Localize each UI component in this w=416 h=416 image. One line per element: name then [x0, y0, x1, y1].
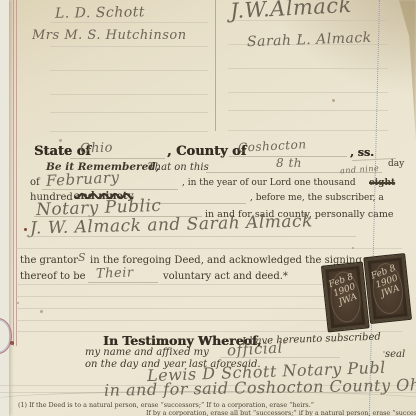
revenue-stamp-right: Feb 8 1900 JWA: [363, 253, 412, 324]
grantor-pre: the grantor: [20, 255, 78, 266]
voluntary-phrase: voluntary act and deed.*: [163, 271, 288, 282]
signature-line: [50, 70, 208, 71]
month-value: February: [46, 168, 120, 190]
grantor-plural-s: S: [78, 251, 86, 264]
left-margin-line-1: [13, 0, 14, 346]
signature-line: [50, 131, 208, 132]
their-value: Their: [96, 265, 134, 281]
signature-line: [228, 110, 388, 111]
signature-line: [50, 112, 208, 113]
foxing-spot: [383, 351, 385, 353]
inserted-year-hand: and nine: [340, 164, 380, 176]
right-margin-dotted-line: [369, 0, 380, 416]
struck-eight: eight: [369, 178, 395, 188]
ink-dot: [24, 228, 27, 231]
persons-fill-line: [26, 236, 356, 237]
foxing-spot: [17, 302, 19, 304]
signature-line: [50, 22, 208, 23]
day-value: 8 th: [276, 156, 302, 170]
stamp-cancellation: Feb 8 1900 JWA: [322, 270, 368, 311]
foxing-spot: [40, 310, 43, 313]
state-fill-line: [70, 158, 165, 159]
month-fill-line: [42, 189, 178, 190]
of-word: of: [30, 177, 40, 188]
signature-line: [50, 46, 208, 47]
deed-document-photo: L. D. Schott Mrs M. S. Hutchinson J.W.Al…: [0, 0, 416, 416]
state-value: Ohio: [80, 140, 114, 156]
before-me-phrase: , before me, the subscriber, a: [250, 193, 384, 203]
signature-line: [228, 130, 388, 131]
signature-witness: Mrs M. S. Hutchinson: [32, 28, 187, 43]
year-phrase: , in the year of our Lord one thousand: [182, 178, 356, 188]
page-rule: [16, 248, 402, 249]
signature-grantor-1: L. D. Schott: [55, 4, 145, 22]
foxing-spot: [59, 139, 62, 142]
footnote-1: (1) If the Deed is to a natural person, …: [18, 401, 314, 409]
foxing-spot: [300, 35, 302, 37]
foxing-spot: [332, 99, 335, 102]
signature-column-divider: [215, 0, 216, 131]
signature-line: [228, 68, 388, 69]
thereof-label: thereof to be: [20, 271, 86, 282]
foxing-spot: [352, 247, 354, 249]
left-margin-line-2: [16, 0, 17, 346]
left-page-edge: [0, 0, 9, 416]
foxing-spot: [10, 341, 14, 345]
their-fill-line: [88, 282, 158, 283]
ss-label: , ss.: [350, 146, 374, 159]
signature-line: [50, 94, 208, 95]
official-fill-line: [220, 357, 340, 358]
footnote-2: If by a corporation, erase all but “succ…: [146, 409, 416, 416]
revenue-stamps: Feb 8 1900 JWA Feb 8 1900 JWA: [320, 252, 416, 333]
signature-line: [228, 92, 388, 93]
that-on-this-label: That on this: [148, 162, 209, 173]
revenue-stamp-left: Feb 8 1900 JWA: [321, 261, 370, 332]
left-edge-seal-arc: [0, 318, 12, 354]
signature-almack-sarah: Sarah L. Almack: [247, 30, 372, 50]
testimony-affixed: my name and affixed my: [85, 347, 209, 358]
seal-word: seal: [385, 349, 405, 360]
day-word: day: [388, 159, 404, 169]
underlying-page-corner: [378, 0, 416, 140]
stamp-cancellation: Feb 8 1900 JWA: [364, 261, 410, 302]
county-value: Coshocton: [238, 137, 307, 155]
foxing-spot: [283, 341, 286, 344]
